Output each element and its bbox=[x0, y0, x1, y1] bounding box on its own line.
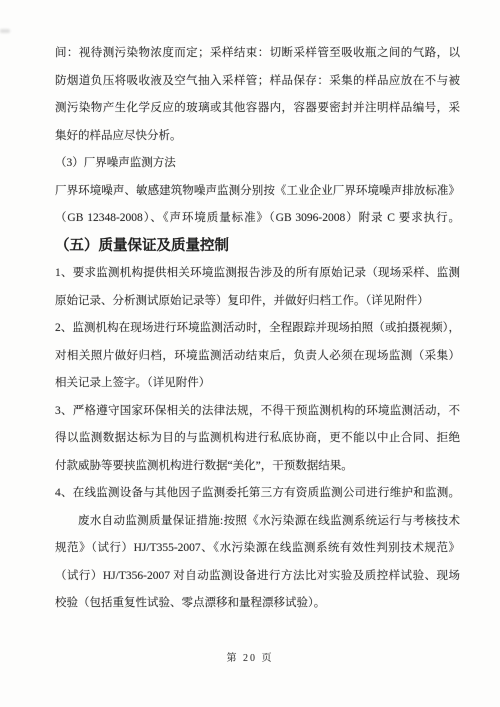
text-column: 间：视待测污染物浓度而定；采样结束：切断采样管至吸收瓶之间的气路，以防烟道负压将… bbox=[55, 40, 460, 618]
item-2-site-tracking-line-1: 2、监测机构在现场进行环境监测活动时，全程跟踪并现场拍照（或拍摄视频）， bbox=[55, 315, 460, 343]
item-4-third-party: 4、在线监测设备与其他因子监测委托第三方有资质监测公司进行维护和监测。 bbox=[55, 480, 460, 508]
item-1-original-records-line-2: 原始记录、分析测试原始记录等）复印件，并做好归档工作。（详见附件） bbox=[55, 288, 460, 316]
page-footer: 第 20 页 bbox=[0, 649, 500, 664]
paragraph-sampling-continuation-line-1: 间：视待测污染物浓度而定；采样结束：切断采样管至吸收瓶之间的气路，以 bbox=[55, 40, 460, 68]
paragraph-wastewater-auto-monitoring-line-4: 校验（包括重复性试验、零点漂移和量程漂移试验）。 bbox=[55, 590, 460, 618]
item-2-site-tracking-line-3: 相关记录上签字。（详见附件） bbox=[55, 370, 460, 398]
paragraph-sampling-continuation-line-4: 集好的样品应尽快分析。 bbox=[55, 123, 460, 151]
item-2-site-tracking-line-2: 对相关照片做好归档，环境监测活动结束后，负责人必须在现场监测（采集） bbox=[55, 343, 460, 371]
paragraph-sampling-continuation-line-3: 测污染物产生化学反应的玻璃或其他容器内，容器要密封并注明样品编号，采 bbox=[55, 95, 460, 123]
paragraph-sampling-continuation-line-2: 防烟道负压将吸收液及空气抽入采样管；样品保存：采集的样品应放在不与被 bbox=[55, 68, 460, 96]
page-number: 第 20 页 bbox=[227, 653, 274, 664]
item-1-original-records-line-1: 1、要求监测机构提供相关环境监测报告涉及的所有原始记录（现场采样、监测 bbox=[55, 260, 460, 288]
paragraph-wastewater-auto-monitoring-line-1: 废水自动监测质量保证措施:按照《水污染源在线监测系统运行与考核技术 bbox=[55, 508, 460, 536]
paragraph-sampling-continuation: 间：视待测污染物浓度而定；采样结束：切断采样管至吸收瓶之间的气路，以防烟道负压将… bbox=[55, 40, 460, 150]
item-3-no-interference-line-2: 得以监测数据达标为目的与监测机构进行私底协商，更不能以中止合同、拒绝 bbox=[55, 425, 460, 453]
paragraph-wastewater-auto-monitoring: 废水自动监测质量保证措施:按照《水污染源在线监测系统运行与考核技术规范》（试行）… bbox=[55, 508, 460, 618]
paragraph-noise-standards: 厂界环境噪声、敏感建筑物噪声监测分别按《工业企业厂界环境噪声排放标准》（GB 1… bbox=[55, 178, 460, 233]
paragraph-wastewater-auto-monitoring-line-3: （试行）HJ/T356-2007 对自动监测设备进行方法比对实验及质控样试验、现… bbox=[55, 563, 460, 591]
subheading-noise-method: （3）厂界噪声监测方法 bbox=[55, 150, 460, 178]
item-2-site-tracking: 2、监测机构在现场进行环境监测活动时，全程跟踪并现场拍照（或拍摄视频），对相关照… bbox=[55, 315, 460, 398]
paragraph-wastewater-auto-monitoring-line-2: 规范》（试行）HJ/T355-2007、《水污染源在线监测系统有效性判别技术规范… bbox=[55, 535, 460, 563]
subheading-noise-method-line-1: （3）厂界噪声监测方法 bbox=[55, 150, 460, 178]
scan-smudge-artifact bbox=[0, 29, 10, 33]
item-3-no-interference-line-1: 3、严格遵守国家环保相关的法律法规，不得干预监测机构的环境监测活动，不 bbox=[55, 398, 460, 426]
heading-qa-qc-line-1: （五）质量保证及质量控制 bbox=[55, 233, 460, 261]
paragraph-noise-standards-line-1: 厂界环境噪声、敏感建筑物噪声监测分别按《工业企业厂界环境噪声排放标准》 bbox=[55, 178, 460, 206]
document-page: 间：视待测污染物浓度而定；采样结束：切断采样管至吸收瓶之间的气路，以防烟道负压将… bbox=[0, 0, 500, 707]
item-3-no-interference-line-3: 付款威胁等要挟监测机构进行数据“美化”，干预数据结果。 bbox=[55, 453, 460, 481]
heading-qa-qc: （五）质量保证及质量控制 bbox=[55, 233, 460, 261]
item-4-third-party-line-1: 4、在线监测设备与其他因子监测委托第三方有资质监测公司进行维护和监测。 bbox=[55, 480, 460, 508]
item-3-no-interference: 3、严格遵守国家环保相关的法律法规，不得干预监测机构的环境监测活动，不得以监测数… bbox=[55, 398, 460, 481]
item-1-original-records: 1、要求监测机构提供相关环境监测报告涉及的所有原始记录（现场采样、监测原始记录、… bbox=[55, 260, 460, 315]
paragraph-noise-standards-line-2: （GB 12348-2008）、《声环境质量标准》（GB 3096-2008）附… bbox=[55, 205, 460, 233]
